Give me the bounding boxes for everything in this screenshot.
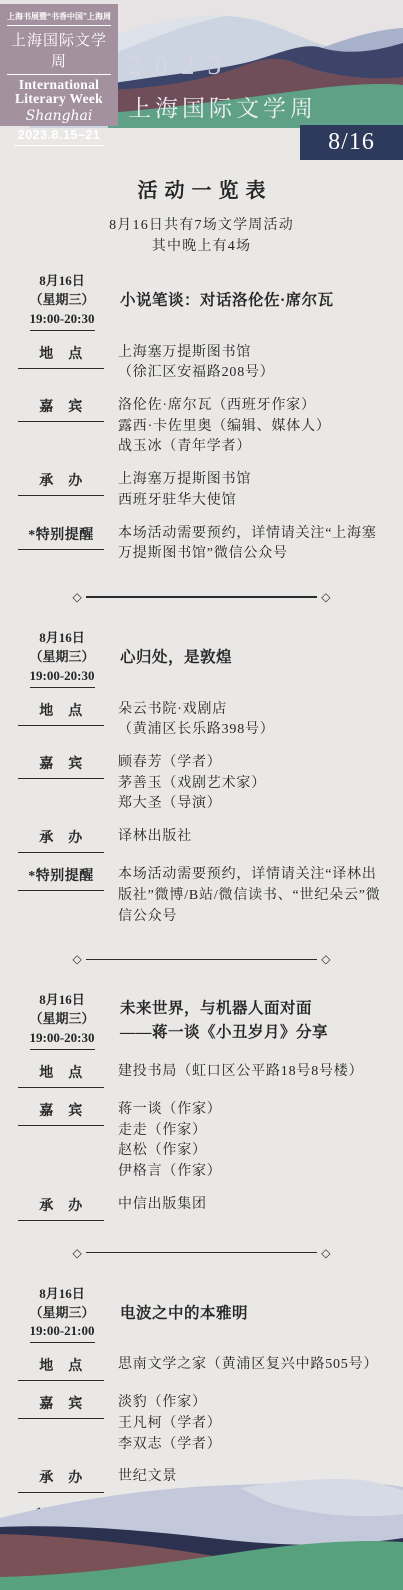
event-1-datetime: 8月16日 （星期三） 19:00-20:30 — [18, 272, 106, 331]
organizer-label: 承 办 — [18, 470, 104, 496]
badge-title-cn: 上海国际文学周 — [5, 29, 113, 71]
event-1-location: 上海塞万提斯图书馆 （徐汇区安福路208号） — [118, 343, 385, 384]
badge-dates: 2023.8.15–21 — [14, 128, 104, 146]
diamond-icon: ◇ — [69, 952, 86, 966]
overview-subtitle-line2: 其中晚上有4场 — [18, 236, 385, 257]
event-1-reminder: 本场活动需要预约，详情请关注“上海塞万提斯图书馆”微信公众号 — [118, 524, 385, 565]
event-2-date: 8月16日 — [18, 629, 106, 648]
event-2-organizer: 译林出版社 — [118, 827, 385, 853]
event-1-title: 小说笔谈：对话洛伦佐·席尔瓦 — [120, 289, 385, 313]
header: 2023 上海国际文学周 上海书展暨“书香中国”上海周 上海国际文学周 Inte… — [0, 0, 403, 160]
poster-page: 2023 上海国际文学周 上海书展暨“书香中国”上海周 上海国际文学周 Inte… — [0, 0, 403, 1590]
event-2-title: 心归处，是敦煌 — [120, 646, 385, 670]
event-1-date: 8月16日 — [18, 272, 106, 291]
location-label: 地 点 — [18, 1062, 104, 1088]
event-card-3: 8月16日 （星期三） 19:00-20:30 未来世界，与机器人面对面 ——蒋… — [18, 991, 385, 1220]
diamond-icon: ◇ — [69, 1246, 86, 1260]
event-3-title: 未来世界，与机器人面对面 ——蒋一谈《小丑岁月》分享 — [120, 997, 385, 1045]
location-label: 地 点 — [18, 1355, 104, 1381]
badge-title-en-line1: International — [5, 78, 113, 92]
section-divider: ◇ ◇ — [69, 590, 335, 604]
event-2-time: 19:00-20:30 — [30, 667, 95, 688]
event-2-datetime: 8月16日 （星期三） 19:00-20:30 — [18, 629, 106, 688]
overview-title: 活动一览表 — [18, 174, 385, 203]
diamond-icon: ◇ — [69, 590, 86, 604]
event-4-title: 电波之中的本雅明 — [120, 1302, 385, 1326]
location-label: 地 点 — [18, 700, 104, 726]
event-4-time: 19:00-21:00 — [30, 1322, 95, 1343]
event-1-time: 19:00-20:30 — [30, 310, 95, 331]
event-3-weekday: （星期三） — [18, 1010, 106, 1029]
schedule-content: 活动一览表 8月16日共有7场文学周活动 其中晚上有4场 8月16日 （星期三）… — [0, 160, 403, 1547]
event-2-reminder: 本场活动需要预约，详情请关注“译林出版社”微博/B站/微信读书、“世纪朵云”微信… — [118, 865, 385, 927]
hero-title: 上海国际文学周 — [128, 90, 317, 123]
organizer-label: 承 办 — [18, 1195, 104, 1221]
diamond-icon: ◇ — [317, 590, 334, 604]
event-2-location: 朵云书院·戏剧店 （黄浦区长乐路398号） — [118, 700, 385, 741]
divider-line — [86, 1252, 318, 1254]
event-3-organizer: 中信出版集团 — [118, 1195, 385, 1221]
overview-subtitle-line1: 8月16日共有7场文学周活动 — [18, 215, 385, 236]
reminder-label: *特别提醒 — [18, 865, 104, 891]
diamond-icon: ◇ — [317, 1246, 334, 1260]
event-3-time: 19:00-20:30 — [30, 1029, 95, 1050]
badge-divider-line — [7, 74, 111, 75]
guests-label: 嘉 宾 — [18, 753, 104, 779]
literary-week-logo-badge: 上海书展暨“书香中国”上海周 上海国际文学周 International Lit… — [0, 4, 118, 126]
location-label: 地 点 — [18, 343, 104, 369]
divider-line — [86, 959, 318, 961]
event-3-location: 建投书局（虹口区公平路18号8号楼） — [118, 1062, 385, 1088]
event-card-2: 8月16日 （星期三） 19:00-20:30 心归处，是敦煌 地 点 朵云书院… — [18, 629, 385, 927]
event-3-date: 8月16日 — [18, 991, 106, 1010]
footer-mountains-illustration — [0, 1440, 403, 1590]
guests-label: 嘉 宾 — [18, 1393, 104, 1419]
event-3-guests: 蒋一谈（作家） 走走（作家） 赵松（作家） 伊格言（作家） — [118, 1100, 385, 1183]
event-2-weekday: （星期三） — [18, 648, 106, 667]
section-divider: ◇ ◇ — [69, 1246, 335, 1260]
guests-label: 嘉 宾 — [18, 396, 104, 422]
diamond-icon: ◇ — [317, 952, 334, 966]
event-4-datetime: 8月16日 （星期三） 19:00-21:00 — [18, 1285, 106, 1344]
hero-year: 2023 — [128, 50, 234, 81]
badge-top-banner: 上海书展暨“书香中国”上海周 — [5, 11, 113, 22]
divider-line — [86, 596, 318, 598]
event-3-datetime: 8月16日 （星期三） 19:00-20:30 — [18, 991, 106, 1050]
event-1-guests: 洛伦佐·席尔瓦（西班牙作家） 露西·卡佐里奥（编辑、媒体人） 战玉冰（青年学者） — [118, 396, 385, 458]
section-divider: ◇ ◇ — [69, 952, 335, 966]
event-4-location: 思南文学之家（黄浦区复兴中路505号） — [118, 1355, 385, 1381]
reminder-label: *特别提醒 — [18, 524, 104, 550]
event-1-weekday: （星期三） — [18, 291, 106, 310]
organizer-label: 承 办 — [18, 827, 104, 853]
guests-label: 嘉 宾 — [18, 1100, 104, 1126]
event-4-weekday: （星期三） — [18, 1304, 106, 1323]
event-card-1: 8月16日 （星期三） 19:00-20:30 小说笔谈：对话洛伦佐·席尔瓦 地… — [18, 272, 385, 565]
badge-divider-line — [7, 25, 111, 26]
event-2-guests: 顾春芳（学者） 茅善玉（戏剧艺术家） 郑大圣（导演） — [118, 753, 385, 815]
badge-title-en-line2: Literary Week — [5, 92, 113, 106]
badge-script-shanghai: Shanghai — [5, 108, 113, 124]
event-4-date: 8月16日 — [18, 1285, 106, 1304]
event-1-organizer: 上海塞万提斯图书馆 西班牙驻华大使馆 — [118, 470, 385, 511]
page-date-box: 8/16 — [300, 125, 403, 160]
